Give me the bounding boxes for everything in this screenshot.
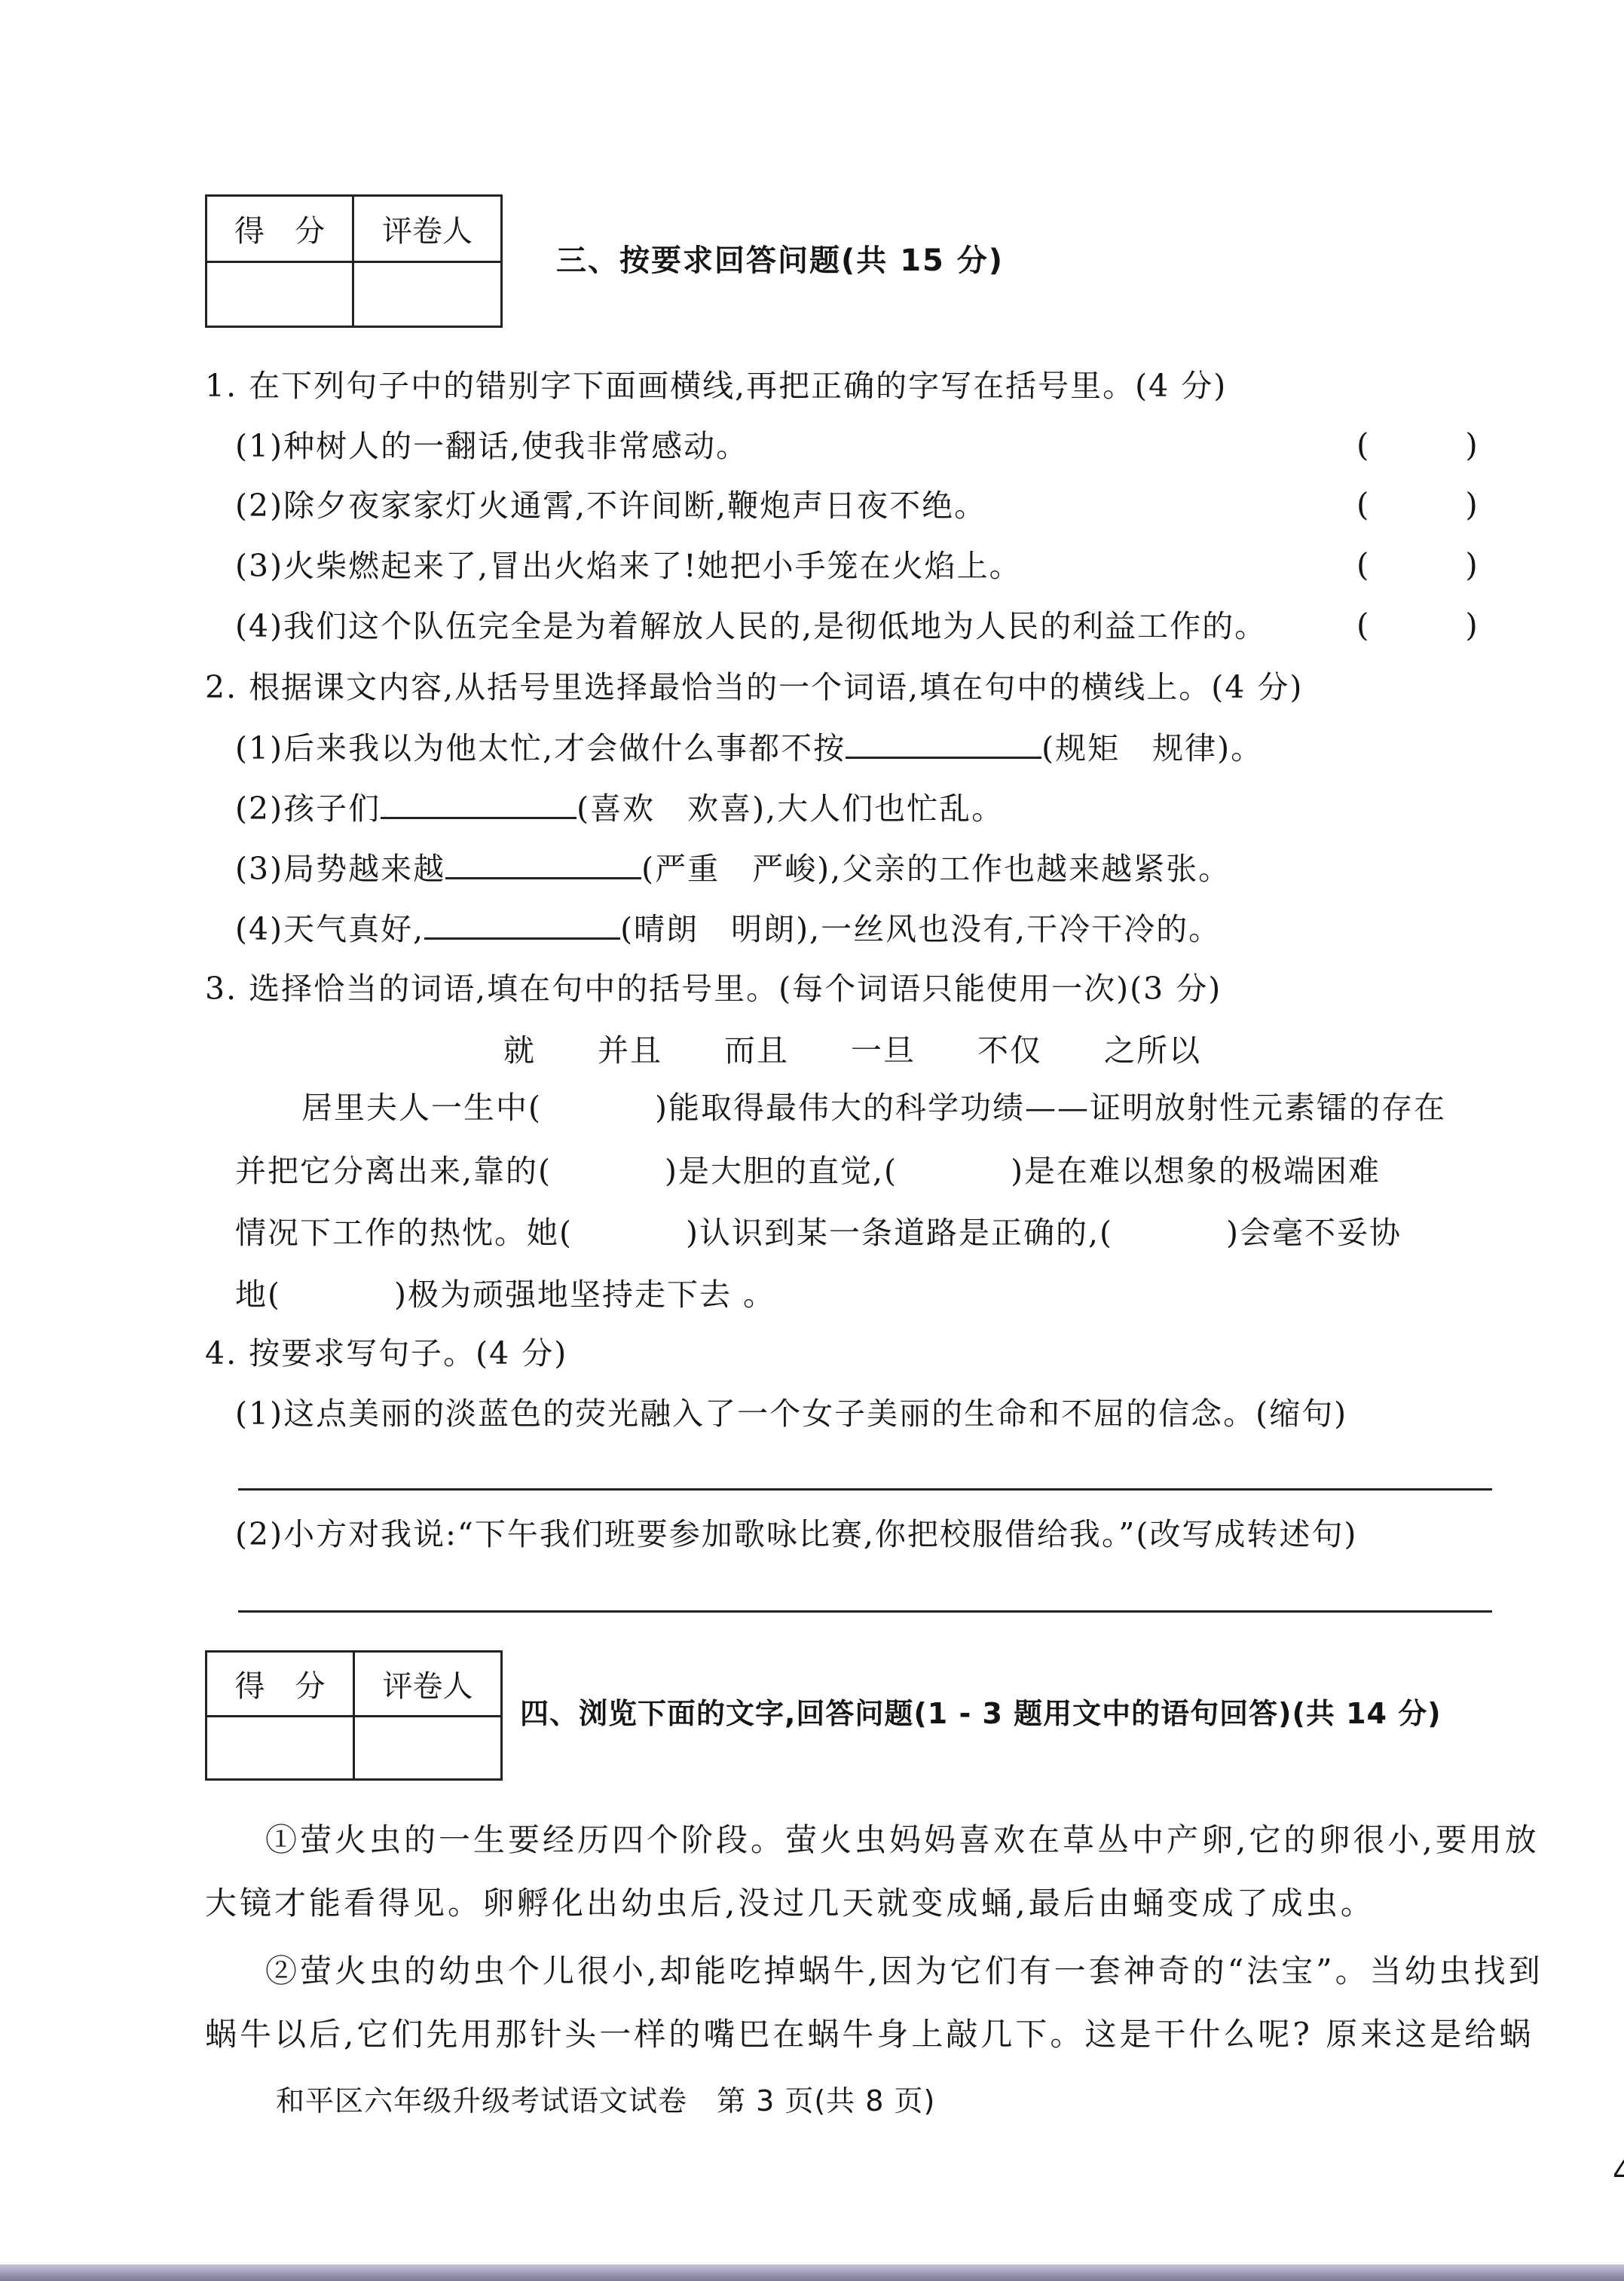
score-table-section4: 得 分 评卷人	[205, 1650, 503, 1781]
score-cell[interactable]	[206, 262, 353, 327]
q2-item-1: (1)后来我以为他太忙,才会做什么事都不按(规矩 规律)。	[235, 729, 1263, 766]
word-bank-item: 并且	[598, 1032, 662, 1069]
q4-answer-line-2[interactable]	[238, 1610, 1492, 1613]
edge-page-mark: 4	[1613, 2155, 1624, 2190]
q4-prompt: 4. 按要求写句子。(4 分)	[205, 1335, 567, 1371]
score-header: 得 分	[206, 1652, 354, 1717]
q2-item-3: (3)局势越来越(严重 严峻),父亲的工作也越来越紧张。	[235, 850, 1231, 887]
passage-paragraph-1-line-1: ①萤火虫的一生要经历四个阶段。萤火虫妈妈喜欢在草丛中产卵,它的卵很小,要用放	[265, 1822, 1540, 1858]
exam-page: 得 分 评卷人 三、按要求回答问题(共 15 分) 1. 在下列句子中的错别字下…	[0, 0, 1624, 2281]
q3-passage-line-4: 地()极为顽强地坚持走下去 。	[235, 1277, 775, 1313]
q4-answer-line-1[interactable]	[238, 1488, 1492, 1491]
q2-blank-1[interactable]	[846, 729, 1041, 759]
q1-item-3: (3)火柴燃起来了,冒出火焰来了!她把小手笼在火焰上。	[235, 548, 1022, 584]
grader-cell[interactable]	[353, 262, 502, 327]
q2-item-2: (2)孩子们(喜欢 欢喜),大人们也忙乱。	[235, 790, 1004, 827]
q3-passage-line-3: 情况下工作的热忱。她()认识到某一条道路是正确的,()会毫不妥协	[235, 1215, 1402, 1251]
q2-item-2-text: (2)孩子们	[235, 790, 381, 827]
score-table-section3: 得 分 评卷人	[205, 194, 503, 328]
grader-cell[interactable]	[354, 1717, 502, 1780]
score-cell[interactable]	[206, 1717, 354, 1780]
q1-item-4: (4)我们这个队伍完全是为着解放人民的,是彻低地为人民的利益工作的。	[235, 608, 1267, 644]
q3-prompt: 3. 选择恰当的词语,填在句中的括号里。(每个词语只能使用一次)(3 分)	[205, 971, 1222, 1007]
q2-item-3-text: (3)局势越来越	[235, 851, 445, 887]
q2-prompt: 2. 根据课文内容,从括号里选择最恰当的一个词语,填在句中的横线上。(4 分)	[205, 669, 1303, 705]
passage-paragraph-2-line-2: 蜗牛以后,它们先用那针头一样的嘴巴在蜗牛身上敲几下。这是干什么呢? 原来这是给蜗	[205, 2017, 1534, 2053]
word-bank-item: 一旦	[851, 1032, 916, 1069]
word-bank-item: 不仅	[977, 1032, 1042, 1069]
q3-word-bank: 就并且而且一旦不仅之所以	[503, 1032, 1201, 1069]
q1-answer-paren-3[interactable]: ()	[1356, 546, 1478, 583]
q2-item-4-options: (晴朗 明朗)	[620, 911, 809, 947]
q3-passage-line-2: 并把它分离出来,靠的()是大胆的直觉,()是在难以想象的极端困难	[235, 1153, 1381, 1189]
q2-blank-2[interactable]	[381, 790, 577, 819]
q3-passage-line-1: 居里夫人一生中()能取得最伟大的科学功绩——证明放射性元素镭的存在	[301, 1090, 1446, 1126]
q2-blank-3[interactable]	[445, 850, 641, 879]
score-header: 得 分	[206, 196, 353, 262]
passage-paragraph-2-line-1: ②萤火虫的幼虫个儿很小,却能吃掉蜗牛,因为它们有一套神奇的“法宝”。当幼虫找到	[265, 1953, 1543, 1989]
q2-item-4: (4)天气真好,(晴朗 明朗),一丝风也没有,干冷干冷的。	[235, 910, 1221, 947]
word-bank-item: 之所以	[1104, 1032, 1201, 1069]
grader-header: 评卷人	[353, 196, 502, 262]
q2-item-3-options: (严重 严峻)	[641, 851, 830, 887]
scan-edge	[0, 2264, 1624, 2281]
section3-title: 三、按要求回答问题(共 15 分)	[556, 243, 1004, 279]
passage-paragraph-1-line-2: 大镜才能看得见。卵孵化出幼虫后,没过几天就变成蛹,最后由蛹变成了成虫。	[205, 1885, 1375, 1922]
q1-answer-paren-4[interactable]: ()	[1356, 607, 1478, 644]
q2-item-2-options: (喜欢 欢喜)	[577, 790, 766, 827]
grader-header: 评卷人	[354, 1652, 502, 1717]
q4-item-1: (1)这点美丽的淡蓝色的荧光融入了一个女子美丽的生命和不屈的信念。(缩句)	[235, 1396, 1347, 1432]
section4-title: 四、浏览下面的文字,回答问题(1 - 3 题用文中的语句回答)(共 14 分)	[520, 1695, 1442, 1732]
q2-item-4-text: (4)天气真好,	[235, 911, 424, 947]
page-footer: 和平区六年级升级考试语文试卷 第 3 页(共 8 页)	[276, 2083, 935, 2119]
q2-item-1-options: (规矩 规律)	[1041, 730, 1231, 766]
q2-blank-4[interactable]	[424, 910, 620, 940]
q1-answer-paren-2[interactable]: ()	[1356, 486, 1478, 523]
q1-prompt: 1. 在下列句子中的错别字下面画横线,再把正确的字写在括号里。(4 分)	[205, 368, 1227, 404]
word-bank-item: 就	[503, 1032, 536, 1069]
word-bank-item: 而且	[724, 1032, 789, 1069]
q1-item-1: (1)种树人的一翻话,使我非常感动。	[235, 428, 748, 464]
q4-item-2: (2)小方对我说:“下午我们班要参加歌咏比赛,你把校服借给我。”(改写成转述句)	[235, 1516, 1357, 1552]
q2-item-1-text: (1)后来我以为他太忙,才会做什么事都不按	[235, 730, 846, 766]
q1-item-2: (2)除夕夜家家灯火通霄,不许间断,鞭炮声日夜不绝。	[235, 488, 986, 524]
q1-answer-paren-1[interactable]: ()	[1356, 427, 1478, 463]
